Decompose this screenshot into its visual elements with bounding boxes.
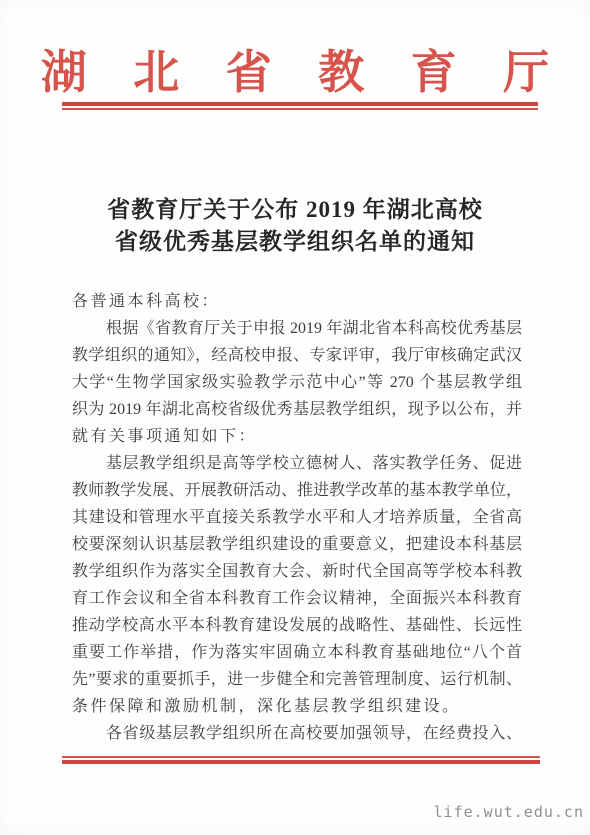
document-body: 各普通本科高校： 根据《省教育厅关于申报 2019 年湖北省本科高校优秀基层 教…	[72, 288, 522, 747]
body-line: 育工作会议和全省本科教育工作会议精神，全面振兴本科教育	[72, 585, 522, 612]
body-line: 教学组织的通知》，经高校申报、专家评审，我厅审核确定武汉	[72, 342, 522, 369]
body-line: 推动学校高水平本科教育建设发展的战略性、基础性、长远性	[72, 612, 522, 639]
site-watermark: life.wut.edu.cn	[434, 803, 584, 821]
scanned-document-page: 湖 北 省 教 育 厅 省教育厅关于公布 2019 年湖北高校 省级优秀基层教学…	[0, 0, 590, 835]
body-line: 教学组织作为落实全国教育大会、新时代全国高等学校本科教	[72, 558, 522, 585]
body-line: 大学“生物学国家级实验教学示范中心”等 270 个基层教学组	[72, 369, 522, 396]
body-line: 教师教学发展、开展教研活动、推进教学改革的基本教学单位，	[72, 477, 522, 504]
letterhead-agency-name: 湖 北 省 教 育 厅	[0, 46, 590, 100]
document-title: 省教育厅关于公布 2019 年湖北高校 省级优秀基层教学组织名单的通知	[0, 194, 590, 258]
body-line: 根据《省教育厅关于申报 2019 年湖北省本科高校优秀基层	[72, 315, 522, 342]
document-title-line2: 省级优秀基层教学组织名单的通知	[115, 229, 475, 254]
body-line: 先”要求的重要抓手，进一步健全和完善管理制度、运行机制、	[72, 666, 522, 693]
body-line: 基层教学组织是高等学校立德树人、落实教学任务、促进	[72, 450, 522, 477]
footer-double-rule	[62, 756, 540, 764]
body-line: 各省级基层教学组织所在高校要加强领导，在经费投入、	[72, 720, 522, 747]
salutation-line: 各普通本科高校：	[72, 288, 522, 315]
body-line: 重要工作举措，作为落实牢固确立本科教育基础地位“八个首	[72, 639, 522, 666]
body-line: 条件保障和激励机制，深化基层教学组织建设。	[72, 693, 522, 720]
letterhead-double-rule	[62, 102, 538, 110]
document-title-line1: 省教育厅关于公布 2019 年湖北高校	[107, 197, 483, 222]
body-line: 织为 2019 年湖北高校省级优秀基层教学组织，现予以公布，并	[72, 396, 522, 423]
rule-thin-bar	[62, 108, 538, 110]
body-line: 校要深刻认识基层教学组织建设的重要意义，把建设本科基层	[72, 531, 522, 558]
rule-thick-bar	[62, 760, 540, 764]
body-line: 其建设和管理水平直接关系教学水平和人才培养质量，全省高	[72, 504, 522, 531]
body-line: 就有关事项通知如下：	[72, 423, 522, 450]
